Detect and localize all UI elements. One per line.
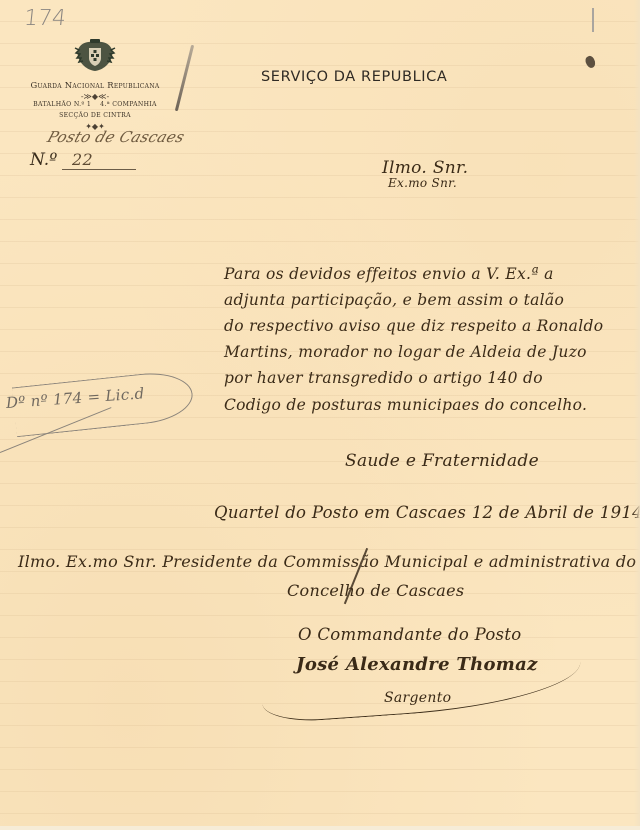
salutation-line-1: Ilmo. Snr. <box>382 158 468 178</box>
signature-title: O Commandante do Posto <box>298 625 522 644</box>
pencil-tick-mark <box>592 8 594 32</box>
service-header: SERVIÇO DA REPUBLICA <box>261 69 447 85</box>
salutation-line-2: Ex.mo Snr. <box>388 176 457 190</box>
pencil-slash-mark <box>175 45 194 112</box>
ornament-divider: -≫◆≪- <box>20 92 170 101</box>
organization-name: Guarda Nacional Republicana <box>20 80 170 90</box>
unit-line: BATALHÃO N.º 1 4.ª COMPANHIA <box>20 101 170 108</box>
coat-of-arms-icon <box>72 38 118 74</box>
folio-number: 174 <box>23 6 68 31</box>
addressee-line-2: Concelho de Cascaes <box>287 581 464 600</box>
document-number: 22 <box>72 150 93 169</box>
page-edge-right <box>634 0 640 830</box>
dateline: Quartel do Posto em Cascaes 12 de Abril … <box>214 503 640 522</box>
document-page: 174 Guarda Nacional Republicana -≫◆≪- BA… <box>0 0 640 830</box>
body-line: adjunta participação, e bem assim o talã… <box>224 291 564 309</box>
body-line: Codigo de posturas municipaes do concelh… <box>224 396 587 414</box>
number-underline <box>62 169 136 170</box>
post-name: Posto de Cascaes <box>45 128 187 146</box>
addressee-line-1: Ilmo. Ex.mo Snr. Presidente da Commissão… <box>18 552 636 571</box>
body-line: Martins, morador no logar de Aldeia de J… <box>224 343 587 361</box>
signature-rank: Sargento <box>384 690 451 706</box>
number-label: N.º <box>30 150 57 170</box>
closing-line: Saude e Fraternidade <box>345 451 539 471</box>
body-line: Para os devidos effeitos envio a V. Ex.ª… <box>224 265 554 283</box>
body-line: do respectivo aviso que diz respeito a R… <box>224 317 603 335</box>
section-line: SECÇÃO DE CINTRA <box>20 112 170 119</box>
ink-blot <box>584 55 598 70</box>
body-line: por haver transgredido o artigo 140 do <box>224 369 543 387</box>
page-edge-bottom <box>0 826 640 830</box>
